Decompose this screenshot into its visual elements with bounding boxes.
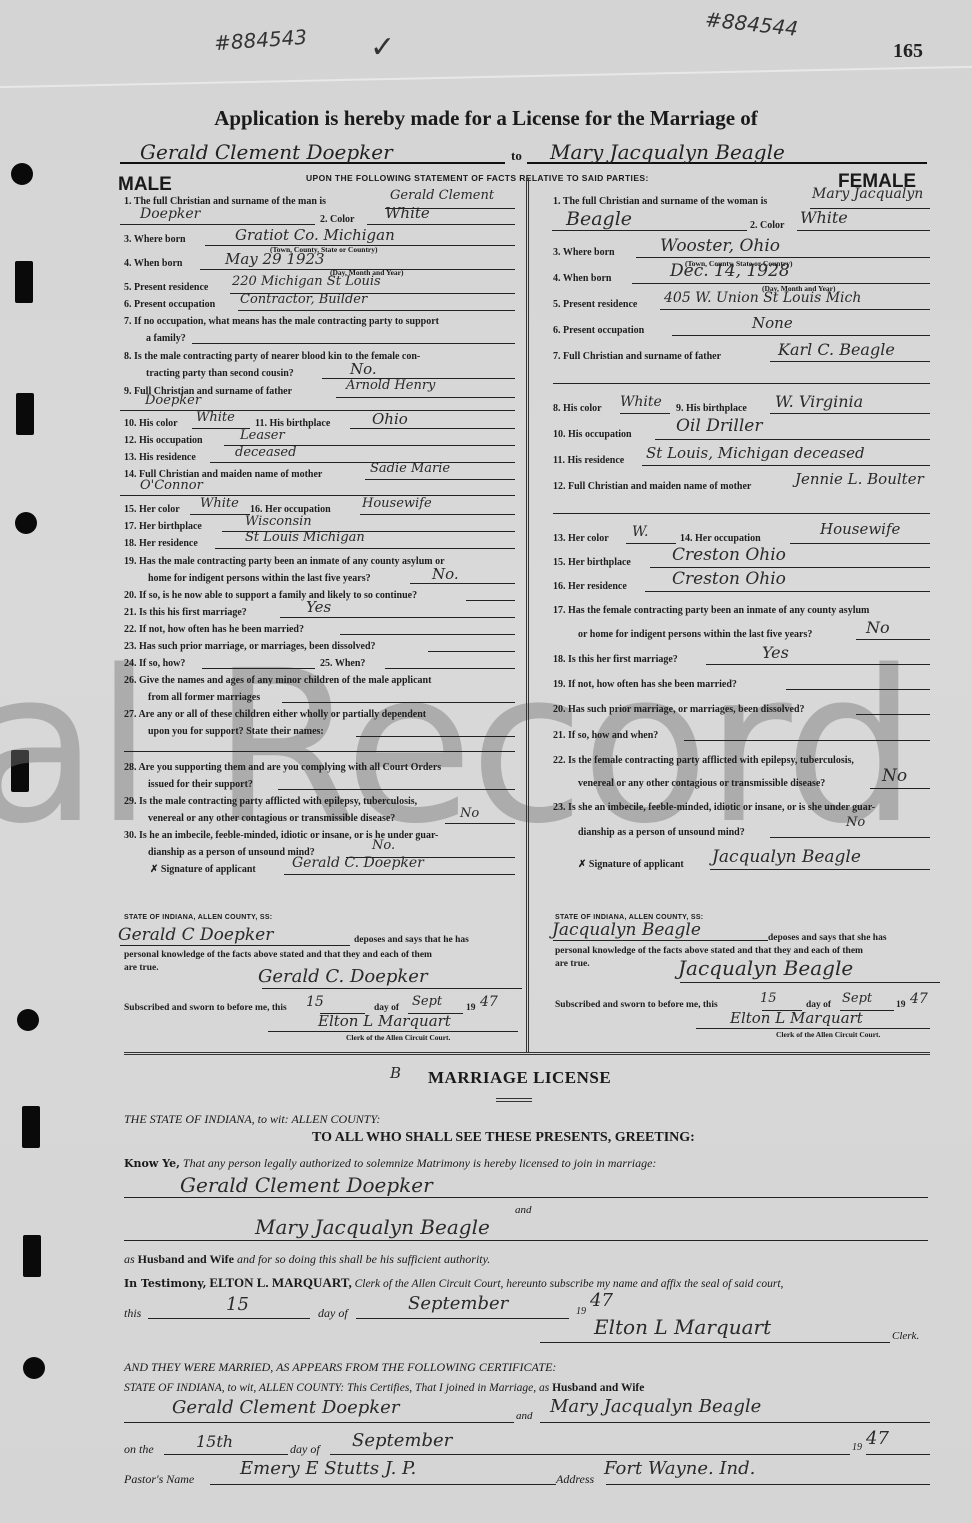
male-q7b: a family? bbox=[146, 333, 186, 344]
female-oath-year-prefix: 19 bbox=[896, 1000, 906, 1010]
license-month: September bbox=[408, 1293, 508, 1314]
female-a14: Housewife bbox=[820, 520, 900, 538]
license-and: and bbox=[515, 1204, 532, 1216]
license-clerk-line bbox=[540, 1342, 890, 1343]
male-a28-line bbox=[278, 789, 515, 790]
female-a7-line bbox=[770, 361, 930, 362]
certificate-day-of: day of bbox=[290, 1442, 320, 1457]
female-a18-line bbox=[706, 664, 930, 665]
license-as-line: as Husband and Wife and for so doing thi… bbox=[124, 1252, 490, 1267]
male-clerk-title: Clerk of the Allen Circuit Court. bbox=[346, 1033, 450, 1042]
binding-slot bbox=[11, 750, 29, 792]
license-testimony-line: In Testimony, ELTON L. MARQUART, Clerk o… bbox=[124, 1275, 783, 1291]
page-number: 165 bbox=[893, 40, 923, 63]
female-q15: 15. Her birthplace bbox=[553, 557, 631, 568]
female-q16: 16. Her residence bbox=[553, 581, 627, 592]
license-bride-line bbox=[124, 1240, 928, 1241]
male-sig-label-text: Signature of applicant bbox=[161, 864, 256, 875]
binding-hole bbox=[15, 512, 37, 534]
male-a26-line bbox=[282, 702, 515, 703]
male-a8: No. bbox=[350, 360, 377, 378]
male-q30b: dianship as a person of unsound mind? bbox=[148, 847, 315, 858]
male-a1b: Doepker bbox=[140, 206, 200, 222]
female-q6: 6. Present occupation bbox=[553, 325, 644, 336]
female-q8: 8. His color bbox=[553, 403, 602, 414]
license-day: 15 bbox=[226, 1294, 249, 1315]
male-q26a: 26. Give the names and ages of any minor… bbox=[124, 675, 431, 686]
male-a6: Contractor, Builder bbox=[240, 292, 367, 307]
female-a9: W. Virginia bbox=[775, 392, 863, 411]
license-clerk-label: Clerk. bbox=[892, 1330, 919, 1342]
certificate-state-bold: Husband and Wife bbox=[552, 1382, 644, 1394]
female-a17-line bbox=[856, 639, 930, 640]
certificate-address-label: Address bbox=[556, 1472, 594, 1487]
female-a6-line bbox=[672, 335, 930, 336]
binding-slot bbox=[22, 1106, 40, 1148]
license-margin-note: B bbox=[390, 1064, 401, 1082]
scan-scratch bbox=[0, 66, 972, 88]
certificate-and: and bbox=[516, 1410, 533, 1422]
male-q4: 4. When born bbox=[124, 258, 182, 269]
certificate-bride: Mary Jacqualyn Beagle bbox=[550, 1396, 761, 1417]
male-a15-line bbox=[190, 514, 250, 515]
male-q6: 6. Present occupation bbox=[124, 299, 215, 310]
female-a23-line bbox=[770, 837, 930, 838]
male-a25-line bbox=[385, 668, 515, 669]
male-a29-line bbox=[445, 823, 515, 824]
female-oath-sig-line bbox=[680, 982, 940, 983]
male-a14-line bbox=[365, 479, 515, 480]
male-q10: 10. His color bbox=[124, 418, 178, 429]
license-state-line: THE STATE OF INDIANA, to wit: ALLEN COUN… bbox=[124, 1112, 380, 1127]
license-year: 47 bbox=[590, 1290, 613, 1311]
female-q10: 10. His occupation bbox=[553, 429, 632, 440]
male-a16: Housewife bbox=[362, 496, 432, 511]
female-a8-line bbox=[620, 413, 670, 414]
know-ye-text: That any person legally authorized to so… bbox=[183, 1156, 657, 1170]
female-q3: 3. Where born bbox=[553, 247, 615, 258]
male-q5: 5. Present residence bbox=[124, 282, 208, 293]
male-q3: 3. Where born bbox=[124, 234, 186, 245]
female-q5: 5. Present residence bbox=[553, 299, 637, 310]
female-sig-label: ✗ Signature of applicant bbox=[578, 859, 684, 870]
license-title-underline bbox=[496, 1098, 532, 1102]
male-q19a: 19. Has the male contracting party been … bbox=[124, 556, 445, 567]
male-clerk-signature: Elton L Marquart bbox=[318, 1012, 451, 1030]
male-a13-line bbox=[210, 462, 515, 463]
license-day-line bbox=[148, 1318, 310, 1319]
certificate-groom-line bbox=[124, 1422, 514, 1423]
male-a17: Wisconsin bbox=[245, 514, 312, 529]
female-a5-line bbox=[660, 309, 930, 310]
female-a4: Dec. 14, 1928 bbox=[670, 261, 790, 281]
certificate-day-line bbox=[164, 1454, 288, 1455]
female-a22: No bbox=[882, 766, 907, 786]
male-oath-month: Sept bbox=[412, 994, 442, 1009]
female-oath-year: 47 bbox=[910, 991, 928, 1007]
male-q28b: issued for their support? bbox=[148, 779, 253, 790]
female-q13: 13. Her color bbox=[553, 533, 609, 544]
male-oath-signature: Gerald C. Doepker bbox=[258, 966, 428, 987]
female-a20-line bbox=[856, 714, 930, 715]
male-oath-sworn: Subscribed and sworn to before me, this bbox=[124, 1003, 287, 1013]
binding-hole bbox=[11, 163, 33, 185]
male-sig-label: ✗ Signature of applicant bbox=[150, 864, 256, 875]
female-q14: 14. Her occupation bbox=[680, 533, 761, 544]
signature-marker-icon: ✗ bbox=[578, 859, 589, 870]
male-q2: 2. Color bbox=[320, 214, 354, 225]
know-ye-label: Know Ye, bbox=[124, 1157, 180, 1170]
male-q29a: 29. Is the male contracting party afflic… bbox=[124, 796, 417, 807]
female-a23: No bbox=[846, 815, 865, 830]
female-oath-deposes: deposes and says that she has bbox=[768, 933, 887, 943]
certificate-year-prefix: 19 bbox=[852, 1442, 862, 1453]
male-clerk-line bbox=[268, 1031, 518, 1032]
female-oath-sworn: Subscribed and sworn to before me, this bbox=[555, 1000, 718, 1010]
female-q18: 18. Is this her first marriage? bbox=[553, 654, 678, 665]
male-q27b: upon you for support? State their names: bbox=[148, 726, 324, 737]
male-q27a: 27. Are any or all of these children eit… bbox=[124, 709, 426, 720]
female-q23b: dianship as a person of unsound mind? bbox=[578, 827, 745, 838]
female-a2-line bbox=[797, 230, 930, 231]
female-oath-day: 15 bbox=[760, 991, 777, 1006]
female-a6: None bbox=[752, 314, 793, 332]
as-line-pre: as bbox=[124, 1252, 135, 1266]
certificate-groom: Gerald Clement Doepker bbox=[172, 1397, 399, 1418]
male-a14b-line bbox=[120, 495, 515, 496]
male-a21-line bbox=[280, 617, 515, 618]
female-a5: 405 W. Union St Louis Mich bbox=[664, 290, 861, 306]
female-q22b: venereal or any other contagious or tran… bbox=[578, 778, 825, 789]
male-a4: May 29 1923 bbox=[225, 250, 325, 268]
female-q22a: 22. Is the female contracting party affl… bbox=[553, 755, 854, 766]
female-q17a: 17. Has the female contracting party bee… bbox=[553, 605, 869, 616]
female-sig-label-text: Signature of applicant bbox=[589, 859, 684, 870]
certificate-pastor-label: Pastor's Name bbox=[124, 1472, 194, 1487]
female-a12: Jennie L. Boulter bbox=[795, 470, 924, 488]
male-signature: Gerald C. Doepker bbox=[292, 855, 424, 871]
female-a16: Creston Ohio bbox=[672, 569, 786, 589]
female-q12: 12. Full Christian and maiden name of mo… bbox=[553, 481, 751, 492]
female-oath-line3: are true. bbox=[555, 959, 590, 969]
male-oath-line2: personal knowledge of the facts above st… bbox=[124, 950, 432, 960]
male-a27b-line bbox=[124, 751, 515, 752]
certificate-state-text: STATE OF INDIANA, to wit, ALLEN COUNTY: … bbox=[124, 1382, 549, 1394]
male-a29: No bbox=[460, 806, 479, 821]
signature-marker-icon: ✗ bbox=[150, 864, 161, 875]
certificate-on-the: on the bbox=[124, 1442, 154, 1457]
male-a19-line bbox=[410, 583, 515, 584]
license-clerk-signature: Elton L Marquart bbox=[594, 1315, 771, 1339]
female-a19-line bbox=[786, 689, 930, 690]
male-oath-year-prefix: 19 bbox=[466, 1003, 476, 1013]
license-greeting: TO ALL WHO SHALL SEE THESE PRESENTS, GRE… bbox=[312, 1130, 695, 1146]
testimony-label: In Testimony, bbox=[124, 1277, 207, 1290]
statement-header: UPON THE FOLLOWING STATEMENT OF FACTS RE… bbox=[306, 173, 649, 183]
female-q19: 19. If not, how often has she been marri… bbox=[553, 679, 737, 690]
male-a3: Gratiot Co. Michigan bbox=[235, 226, 395, 244]
female-a21-line bbox=[684, 740, 930, 741]
female-q23a: 23. Is she an imbecile, feeble-minded, i… bbox=[553, 802, 875, 813]
female-a7: Karl C. Beagle bbox=[778, 340, 895, 359]
female-a13: W. bbox=[632, 524, 648, 540]
male-a18-line bbox=[215, 548, 515, 549]
female-q17b: or home for indigent persons within the … bbox=[578, 629, 812, 640]
male-oath-day: 15 bbox=[306, 994, 324, 1010]
female-clerk-title: Clerk of the Allen Circuit Court. bbox=[776, 1030, 880, 1039]
male-a30: No. bbox=[372, 838, 395, 853]
male-a19: No. bbox=[432, 565, 459, 583]
male-a11: Ohio bbox=[372, 410, 408, 428]
binding-hole bbox=[17, 1009, 39, 1031]
license-know-ye-line: Know Ye, That any person legally authori… bbox=[124, 1156, 656, 1171]
male-a10: White bbox=[196, 410, 235, 425]
checkmark: ✓ bbox=[370, 30, 395, 65]
male-a12: Leaser bbox=[240, 428, 285, 443]
male-q25: 25. When? bbox=[320, 658, 365, 669]
male-a7-line bbox=[192, 343, 515, 344]
male-a2-line bbox=[367, 224, 515, 225]
male-oath-state: STATE OF INDIANA, ALLEN COUNTY, SS: bbox=[124, 914, 272, 921]
female-oath-signature: Jacqualyn Beagle bbox=[678, 956, 853, 980]
male-a15: White bbox=[200, 496, 239, 511]
male-oath-sig-line bbox=[262, 988, 522, 989]
male-q23: 23. Has such prior marriage, or marriage… bbox=[124, 641, 376, 652]
male-a16-line bbox=[360, 514, 515, 515]
as-line-bold: Husband and Wife bbox=[138, 1252, 234, 1266]
male-a9b-line bbox=[120, 410, 515, 411]
female-a1b: Beagle bbox=[566, 208, 632, 230]
female-a17: No bbox=[866, 618, 890, 637]
female-a13-line bbox=[626, 543, 676, 544]
male-a1b-line bbox=[120, 224, 315, 225]
male-a13: deceased bbox=[235, 445, 296, 460]
male-q15: 15. Her color bbox=[124, 504, 180, 515]
female-a15-line bbox=[650, 567, 930, 568]
to-label: to bbox=[511, 148, 522, 164]
certificate-pastor: Emery E Stutts J. P. bbox=[240, 1458, 416, 1479]
license-groom-line bbox=[124, 1197, 928, 1198]
marriage-record-page: #884543 ✓ #884544 165 al Record Applicat… bbox=[0, 0, 972, 1523]
certificate-year-line bbox=[866, 1454, 930, 1455]
male-q22: 22. If not, how often has he been marrie… bbox=[124, 624, 304, 635]
male-q13: 13. His residence bbox=[124, 452, 196, 463]
female-a10: Oil Driller bbox=[676, 416, 762, 436]
column-divider bbox=[526, 178, 529, 1052]
female-q7: 7. Full Christian and surname of father bbox=[553, 351, 721, 362]
as-line-post: and for so doing this shall be his suffi… bbox=[237, 1252, 490, 1266]
license-groom: Gerald Clement Doepker bbox=[180, 1173, 433, 1197]
male-oath-name-line bbox=[120, 945, 350, 946]
male-q12: 12. His occupation bbox=[124, 435, 203, 446]
male-a5: 220 Michigan St Louis bbox=[232, 274, 381, 289]
license-this: this bbox=[124, 1306, 141, 1321]
female-a7b-line bbox=[553, 383, 930, 384]
male-a20-line bbox=[466, 600, 515, 601]
male-oath-year: 47 bbox=[480, 994, 498, 1010]
female-a16-line bbox=[645, 591, 930, 592]
male-q8b: tracting party than second cousin? bbox=[146, 368, 294, 379]
female-q1: 1. The full Christian and surname of the… bbox=[553, 196, 767, 207]
male-a1a: Gerald Clement bbox=[390, 188, 494, 203]
male-q17: 17. Her birthplace bbox=[124, 521, 202, 532]
male-a27-line bbox=[356, 736, 515, 737]
license-day-of: day of bbox=[318, 1306, 348, 1321]
male-a9-line bbox=[336, 397, 515, 398]
female-a3-line bbox=[636, 257, 930, 258]
male-a18: St Louis Michigan bbox=[245, 530, 365, 545]
certificate-heading: AND THEY WERE MARRIED, AS APPEARS FROM T… bbox=[124, 1360, 556, 1375]
testimony-text: Clerk of the Allen Circuit Court, hereun… bbox=[355, 1278, 784, 1290]
certificate-state-line: STATE OF INDIANA, to wit, ALLEN COUNTY: … bbox=[124, 1382, 644, 1394]
certificate-address: Fort Wayne. Ind. bbox=[604, 1458, 755, 1479]
certificate-bride-line bbox=[540, 1422, 930, 1423]
female-oath-name-line bbox=[553, 940, 768, 941]
male-oath-deposes: deposes and says that he has bbox=[354, 935, 469, 945]
certificate-month-line bbox=[330, 1454, 850, 1455]
female-a15: Creston Ohio bbox=[672, 545, 786, 565]
female-a18: Yes bbox=[762, 643, 789, 662]
female-oath-month: Sept bbox=[842, 991, 872, 1006]
male-a21: Yes bbox=[306, 598, 331, 616]
male-q26b: from all former marriages bbox=[148, 692, 260, 703]
license-month-line bbox=[356, 1318, 569, 1319]
male-a23-line bbox=[428, 651, 515, 652]
female-clerk-signature: Elton L Marquart bbox=[730, 1009, 863, 1027]
male-oath-line3: are true. bbox=[124, 963, 159, 973]
male-q20: 20. If so, is he now able to support a f… bbox=[124, 590, 417, 601]
male-q28a: 28. Are you supporting them and are you … bbox=[124, 762, 441, 773]
female-a11: St Louis, Michigan deceased bbox=[646, 444, 865, 462]
female-a1b-line bbox=[552, 230, 747, 231]
male-a14a: Sadie Marie bbox=[370, 461, 450, 476]
male-a11-line bbox=[350, 428, 515, 429]
section-divider bbox=[124, 1052, 930, 1055]
male-sig-line bbox=[284, 874, 515, 875]
female-a11-line bbox=[642, 465, 930, 466]
bride-name: Mary Jacqualyn Beagle bbox=[550, 140, 785, 164]
certificate-month: September bbox=[352, 1430, 452, 1451]
record-number-left: #884543 bbox=[213, 25, 308, 55]
female-q21: 21. If so, how and when? bbox=[553, 730, 658, 741]
binding-slot bbox=[23, 1235, 41, 1277]
female-a3: Wooster, Ohio bbox=[660, 236, 780, 256]
female-a14-line bbox=[790, 543, 930, 544]
female-oath-name: Jacqualyn Beagle bbox=[552, 920, 701, 940]
male-a14b: O'Connor bbox=[140, 478, 203, 493]
certificate-pastor-line bbox=[210, 1484, 556, 1485]
certificate-year: 47 bbox=[866, 1428, 889, 1449]
female-a9-line bbox=[770, 413, 930, 414]
female-q9: 9. His birthplace bbox=[676, 403, 747, 414]
female-q11: 11. His residence bbox=[553, 455, 624, 466]
female-a10-line bbox=[655, 439, 930, 440]
male-a6-line bbox=[238, 310, 515, 311]
female-a8: White bbox=[620, 394, 662, 410]
male-q19b: home for indigent persons within the las… bbox=[148, 573, 371, 584]
female-sig-line bbox=[710, 869, 930, 870]
female-clerk-line bbox=[696, 1028, 930, 1029]
male-a22-line bbox=[340, 634, 515, 635]
female-q20: 20. Has such prior marriage, or marriage… bbox=[553, 704, 805, 715]
groom-name: Gerald Clement Doepker bbox=[140, 140, 393, 164]
male-q21: 21. Is this his first marriage? bbox=[124, 607, 247, 618]
female-oath-line2: personal knowledge of the facts above st… bbox=[555, 946, 863, 956]
female-signature: Jacqualyn Beagle bbox=[712, 847, 861, 867]
certificate-day: 15th bbox=[196, 1432, 233, 1451]
male-q24: 24. If so, how? bbox=[124, 658, 185, 669]
male-oath-name: Gerald C Doepker bbox=[118, 925, 273, 945]
female-a1a: Mary Jacqualyn bbox=[812, 186, 923, 202]
male-q7a: 7. If no occupation, what means has the … bbox=[124, 316, 439, 327]
male-header: MALE bbox=[118, 174, 172, 196]
male-q18: 18. Her residence bbox=[124, 538, 198, 549]
binding-slot bbox=[15, 261, 33, 303]
male-a9a: Arnold Henry bbox=[346, 378, 435, 393]
female-q4: 4. When born bbox=[553, 273, 611, 284]
binding-slot bbox=[16, 393, 34, 435]
male-a24-line bbox=[202, 668, 315, 669]
male-a9b: Doepker bbox=[145, 393, 201, 408]
certificate-address-line bbox=[606, 1484, 930, 1485]
female-a22-line bbox=[870, 788, 930, 789]
license-bride: Mary Jacqualyn Beagle bbox=[255, 1215, 490, 1239]
female-a12-line bbox=[553, 513, 930, 514]
male-q29b: venereal or any other contagious or tran… bbox=[148, 813, 395, 824]
record-number-right: #884544 bbox=[704, 7, 799, 41]
male-a2: White bbox=[385, 204, 430, 222]
license-title: MARRIAGE LICENSE bbox=[428, 1068, 611, 1088]
binding-hole bbox=[23, 1357, 45, 1379]
testimony-name: ELTON L. MARQUART, bbox=[209, 1275, 351, 1290]
female-a2: White bbox=[800, 208, 848, 227]
female-q2: 2. Color bbox=[750, 220, 784, 231]
license-year-prefix: 19 bbox=[576, 1306, 586, 1317]
application-title: Application is hereby made for a License… bbox=[0, 106, 972, 131]
